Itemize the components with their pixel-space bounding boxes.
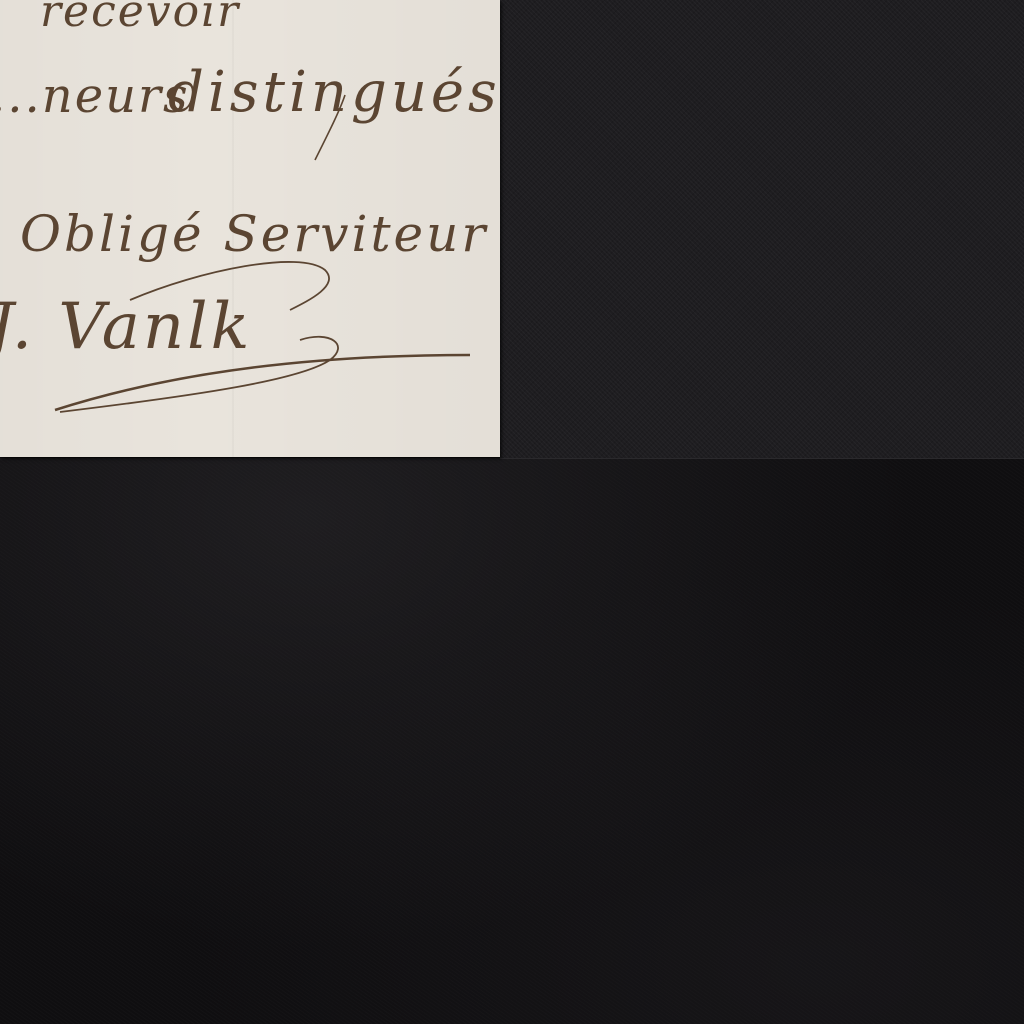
- signature-flourish: [0, 0, 500, 457]
- letter-paper: recevoir ...neurs distingués Obligé Serv…: [0, 0, 500, 457]
- fabric-panel: [500, 0, 1024, 459]
- velvet-mount-background: [0, 458, 1024, 1024]
